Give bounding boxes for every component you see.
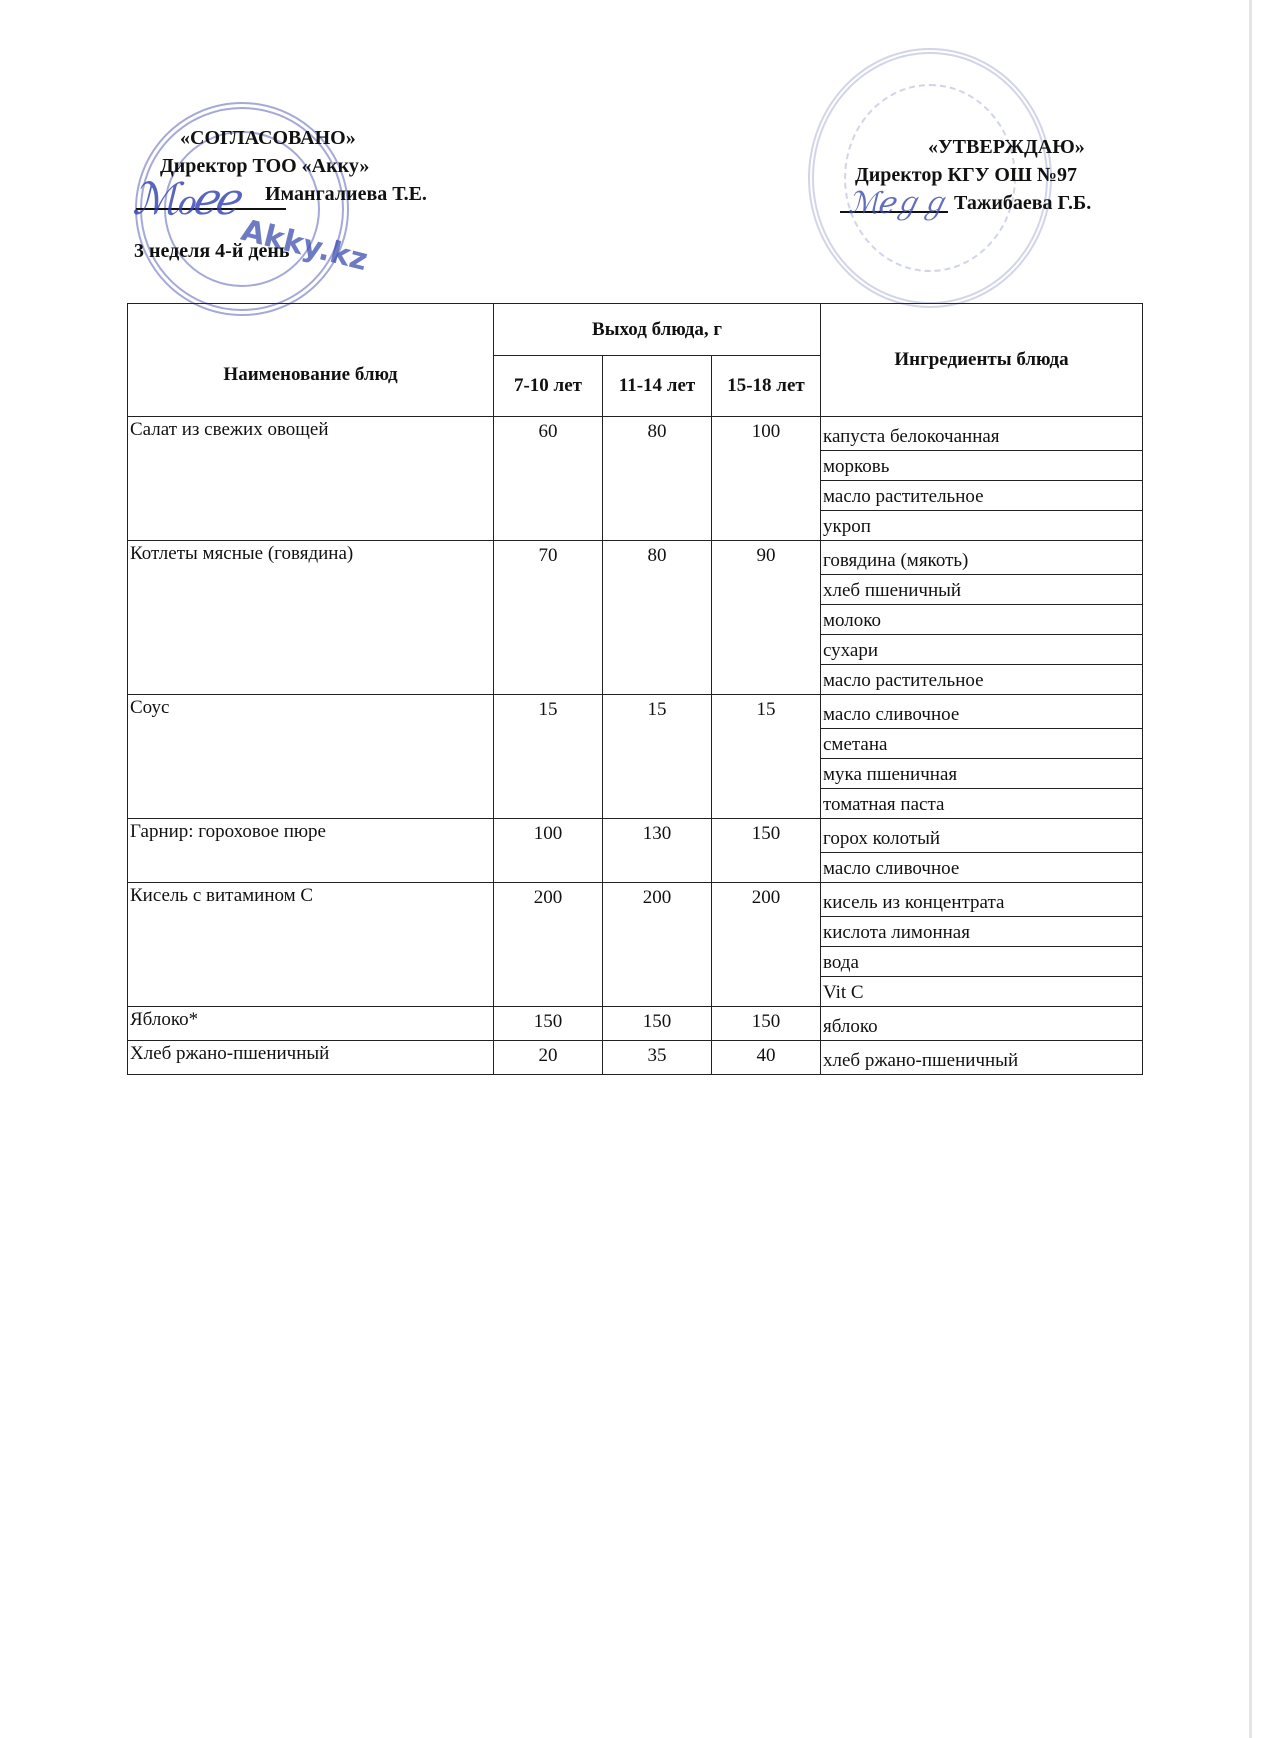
ingredient: капуста белокочанная [821, 417, 1143, 451]
dish-yield: 60 [494, 417, 603, 541]
ingredient: говядина (мякоть) [821, 541, 1143, 575]
ingredient: хлеб пшеничный [821, 575, 1143, 605]
dish-yield: 150 [603, 1007, 712, 1041]
ingredient: морковь [821, 451, 1143, 481]
ingredient: яблоко [821, 1007, 1143, 1041]
header-ingredients: Ингредиенты блюда [821, 304, 1143, 417]
ingredient: томатная паста [821, 789, 1143, 819]
ingredient: масло сливочное [821, 695, 1143, 729]
dish-name: Соус [128, 695, 494, 819]
header-yield: Выход блюда, г [494, 304, 821, 356]
dish-yield: 150 [712, 1007, 821, 1041]
ingredient: кисель из концентрата [821, 883, 1143, 917]
dish-name: Гарнир: гороховое пюре [128, 819, 494, 883]
dish-yield: 150 [712, 819, 821, 883]
table-row: Гарнир: гороховое пюре100130150горох кол… [128, 819, 1143, 853]
dish-yield: 70 [494, 541, 603, 695]
table-row: Салат из свежих овощей6080100капуста бел… [128, 417, 1143, 451]
agreed-title: «СОГЛАСОВАНО» [180, 126, 356, 150]
dish-yield: 15 [603, 695, 712, 819]
header-age-11-14: 11-14 лет [603, 356, 712, 417]
ingredient: масло растительное [821, 481, 1143, 511]
dish-yield: 200 [603, 883, 712, 1007]
header-age-15-18: 15-18 лет [712, 356, 821, 417]
table-row: Котлеты мясные (говядина)708090говядина … [128, 541, 1143, 575]
ingredient: сухари [821, 635, 1143, 665]
approved-signature: ℳℯℊℊ [848, 178, 946, 222]
ingredient: масло растительное [821, 665, 1143, 695]
dish-yield: 80 [603, 417, 712, 541]
ingredient: вода [821, 947, 1143, 977]
ingredient: кислота лимонная [821, 917, 1143, 947]
dish-name: Котлеты мясные (говядина) [128, 541, 494, 695]
dish-yield: 20 [494, 1041, 603, 1075]
ingredient: молоко [821, 605, 1143, 635]
dish-yield: 40 [712, 1041, 821, 1075]
table-row: Кисель с витамином С200200200кисель из к… [128, 883, 1143, 917]
dish-yield: 200 [494, 883, 603, 1007]
dish-yield: 150 [494, 1007, 603, 1041]
dish-yield: 200 [712, 883, 821, 1007]
approved-name: Тажибаева Г.Б. [954, 190, 1091, 216]
header-dish-name: Наименование блюд [128, 304, 494, 417]
ingredient: хлеб ржано-пшеничный [821, 1041, 1143, 1075]
dish-yield: 15 [494, 695, 603, 819]
dish-yield: 100 [712, 417, 821, 541]
dish-yield: 90 [712, 541, 821, 695]
dish-name: Хлеб ржано-пшеничный [128, 1041, 494, 1075]
dish-name: Кисель с витамином С [128, 883, 494, 1007]
ingredient: укроп [821, 511, 1143, 541]
table-row: Яблоко*150150150яблоко [128, 1007, 1143, 1041]
ingredient: горох колотый [821, 819, 1143, 853]
page-edge [1249, 0, 1252, 1738]
menu-table: Наименование блюд Выход блюда, г Ингреди… [127, 303, 1143, 1075]
dish-name: Салат из свежих овощей [128, 417, 494, 541]
agreed-signature: ℳℴℯℯ [132, 174, 235, 225]
ingredient: мука пшеничная [821, 759, 1143, 789]
period-label: 3 неделя 4-й день [134, 240, 289, 263]
ingredient: масло сливочное [821, 853, 1143, 883]
dish-yield: 35 [603, 1041, 712, 1075]
ingredient: Vit C [821, 977, 1143, 1007]
agreed-name: Имангалиева Т.Е. [265, 182, 427, 206]
table-row: Хлеб ржано-пшеничный203540хлеб ржано-пше… [128, 1041, 1143, 1075]
dish-yield: 100 [494, 819, 603, 883]
dish-yield: 80 [603, 541, 712, 695]
dish-yield: 130 [603, 819, 712, 883]
header-age-7-10: 7-10 лет [494, 356, 603, 417]
approved-title: «УТВЕРЖДАЮ» [928, 134, 1085, 160]
dish-name: Яблоко* [128, 1007, 494, 1041]
dish-yield: 15 [712, 695, 821, 819]
ingredient: сметана [821, 729, 1143, 759]
table-row: Соус151515масло сливочное [128, 695, 1143, 729]
